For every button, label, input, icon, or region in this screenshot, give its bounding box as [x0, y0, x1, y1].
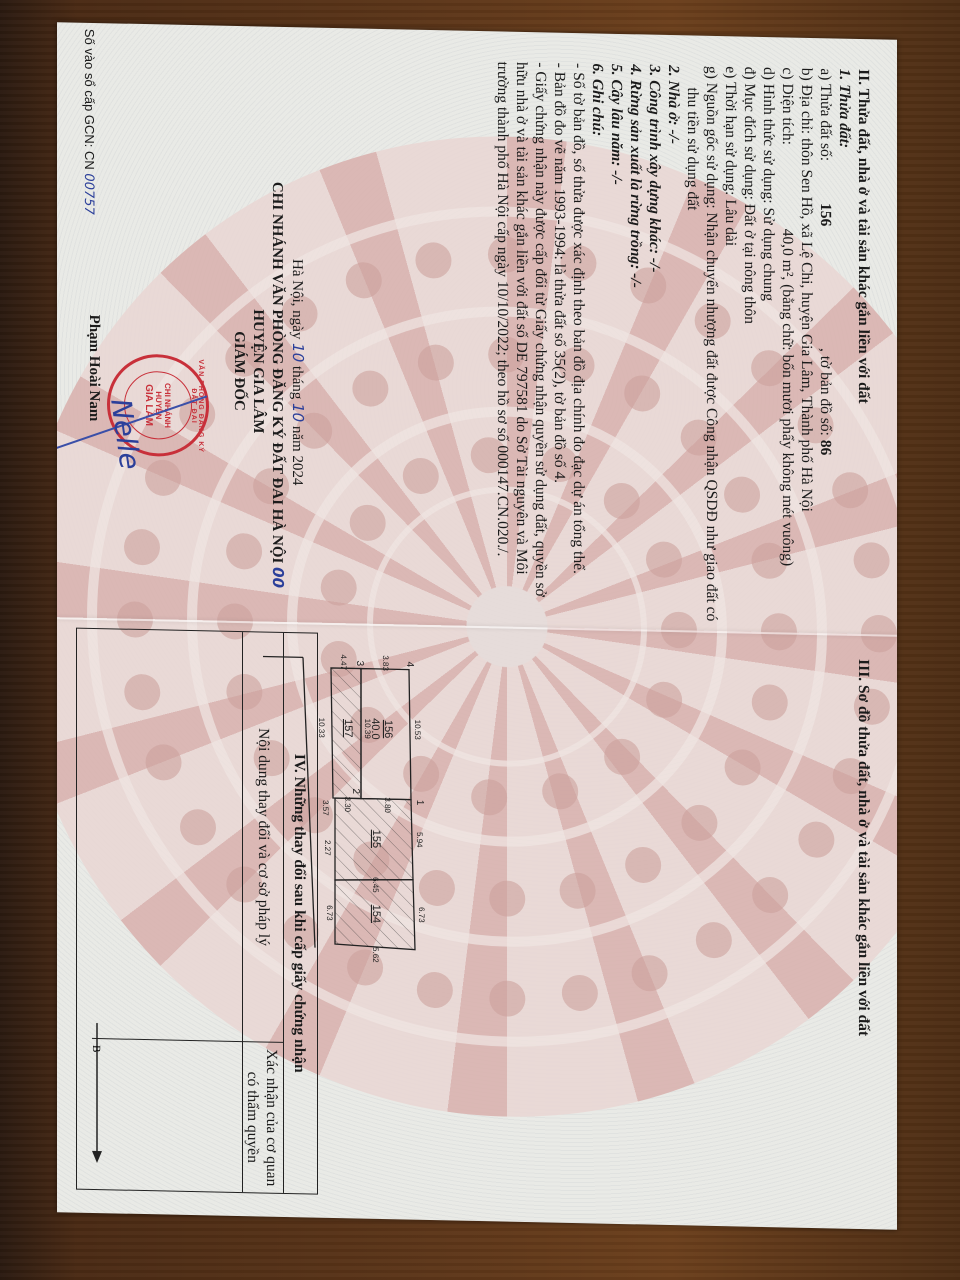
- land-use-certificate: II. Thửa đất, nhà ở và tài sản khác gắn …: [57, 22, 897, 1230]
- svg-text:157: 157: [342, 719, 354, 738]
- office-line1: CHI NHÁNH VĂN PHÒNG ĐĂNG KÝ ĐẤT ĐAI HÀ N…: [269, 182, 285, 564]
- area: 40,0 m², (bằng chữ: bốn mươi phẩy không …: [779, 229, 796, 567]
- svg-text:3.80: 3.80: [383, 797, 392, 813]
- purpose-label: đ) Mục đích sử dụng:: [741, 67, 758, 201]
- office-handmark: 00: [269, 567, 287, 588]
- note-line: - Số tờ bản đồ, số thửa được xác định th…: [569, 63, 588, 608]
- registration-value: 00757: [81, 173, 96, 215]
- month-label: tháng: [289, 366, 305, 400]
- svg-text:3.57: 3.57: [321, 800, 330, 816]
- svg-text:5.62: 5.62: [371, 947, 380, 963]
- note-line: - Giấy chứng nhận này được cấp đổi từ Gi…: [531, 62, 550, 607]
- svg-text:3: 3: [354, 660, 365, 666]
- year: năm 2024: [289, 426, 305, 486]
- usage-form-label: d) Hình thức sử dụng:: [760, 67, 777, 204]
- changes-table: IV. Những thay đổi sau khi cấp giấy chứn…: [76, 628, 318, 1195]
- address-label: b) Địa chỉ:: [798, 68, 815, 135]
- changes-cell-empty: [92, 629, 242, 1042]
- issue-month: 10: [289, 403, 307, 422]
- svg-text:3.83: 3.83: [381, 655, 390, 671]
- address: thôn Sen Hồ, xã Lệ Chi, huyện Gia Lâm, T…: [798, 138, 815, 512]
- svg-text:2.27: 2.27: [323, 840, 332, 856]
- svg-text:6.45: 6.45: [371, 877, 380, 893]
- seal-outer-text: VĂN PHÒNG ĐĂNG KÝ ĐẤT ĐAI: [190, 358, 204, 454]
- right-page: III. Sơ đồ thửa đất, nhà ở và tài sản kh…: [73, 643, 873, 1210]
- house: 2. Nhà ở: -/-: [664, 65, 683, 610]
- plot-no: 156: [817, 203, 834, 227]
- issue-day: 10: [289, 343, 307, 362]
- svg-text:10.33: 10.33: [317, 718, 326, 739]
- svg-text:1: 1: [414, 800, 425, 806]
- svg-text:156: 156: [382, 720, 394, 739]
- origin: Nhận chuyển nhượng đất được Công nhận QS…: [703, 212, 720, 621]
- seal-line3: GIA LÂM: [144, 372, 155, 438]
- map-sheet-label: , tờ bản đồ số:: [817, 348, 834, 436]
- land-plot-heading: 1. Thửa đất:: [835, 68, 854, 613]
- svg-text:2: 2: [350, 788, 361, 794]
- position: GIÁM ĐỐC: [229, 181, 248, 561]
- production-forest: 4. Rừng sản xuất là rừng trồng: -/-: [626, 64, 645, 609]
- origin-cont: thu tiền sử dụng đất: [683, 65, 702, 610]
- svg-text:155: 155: [370, 830, 382, 849]
- note-line: trường thành phố Hà Nội cấp ngày 10/10/2…: [493, 61, 512, 606]
- area-label: c) Diện tích:: [779, 67, 796, 145]
- note-line: - Bản đồ đo vẽ năm 1993-1994: là thửa đấ…: [550, 63, 569, 608]
- place-date-prefix: Hà Nội, ngày: [289, 259, 305, 340]
- registration-number: Số vào sổ cấp GCN: CN 00757: [81, 29, 97, 215]
- perennial-trees: 5. Cây lâu năm: -/-: [607, 64, 626, 609]
- registration-label: Số vào sổ cấp GCN: CN: [82, 29, 97, 170]
- svg-text:4.47: 4.47: [339, 654, 348, 670]
- section-iv-title: IV. Những thay đổi sau khi cấp giấy chứn…: [283, 633, 317, 1194]
- map-sheet: 86: [817, 440, 834, 456]
- svg-text:3.30: 3.30: [343, 796, 352, 812]
- col-changes-header: Nội dung thay đổi và cơ sở pháp lý: [243, 632, 283, 1043]
- section-iii-title: III. Sơ đồ thửa đất, nhà ở và tài sản kh…: [854, 659, 873, 1209]
- svg-text:10.39: 10.39: [363, 719, 372, 740]
- plot-no-label: a) Thửa đất số:: [817, 68, 834, 161]
- term: Lâu dài: [722, 199, 739, 246]
- left-page: II. Thửa đất, nhà ở và tài sản khác gắn …: [73, 53, 873, 615]
- svg-text:5.94: 5.94: [415, 832, 424, 848]
- col-confirm-header-line2: có thẩm quyền: [243, 1042, 262, 1192]
- office-line2: HUYỆN GIA LÂM: [248, 181, 267, 561]
- signature-block: Hà Nội, ngày 10 tháng 10 năm 2024 CHI NH…: [229, 181, 307, 563]
- signer-name: Phạm Hoài Nam: [85, 178, 102, 558]
- svg-text:154: 154: [370, 905, 382, 924]
- term-label: e) Thời hạn sử dụng:: [722, 66, 739, 195]
- other-construction: 3. Công trình xây dựng khác: -/-: [645, 65, 664, 610]
- purpose: Đất ở tại nông thôn: [741, 204, 758, 324]
- col-confirm-header-line1: Xác nhận của cơ quan: [262, 1042, 281, 1192]
- svg-text:6.73: 6.73: [325, 905, 334, 921]
- svg-text:10.53: 10.53: [413, 720, 422, 741]
- notes-heading: 6. Ghi chú:: [588, 63, 607, 608]
- note-line: hữu nhà ở và tài sản khác gắn liền với đ…: [512, 62, 531, 607]
- seal-line2: HUYỆN: [155, 372, 164, 438]
- section-ii-title: II. Thửa đất, nhà ở và tài sản khác gắn …: [854, 69, 873, 614]
- origin-label: g) Nguồn gốc sử dụng:: [703, 66, 720, 209]
- seal-line1: CHI NHÁNH: [164, 372, 173, 438]
- svg-text:4: 4: [404, 661, 415, 667]
- usage-form: Sử dụng chung: [760, 207, 777, 301]
- confirm-cell-empty: [92, 1039, 242, 1192]
- svg-text:6.73: 6.73: [417, 907, 426, 923]
